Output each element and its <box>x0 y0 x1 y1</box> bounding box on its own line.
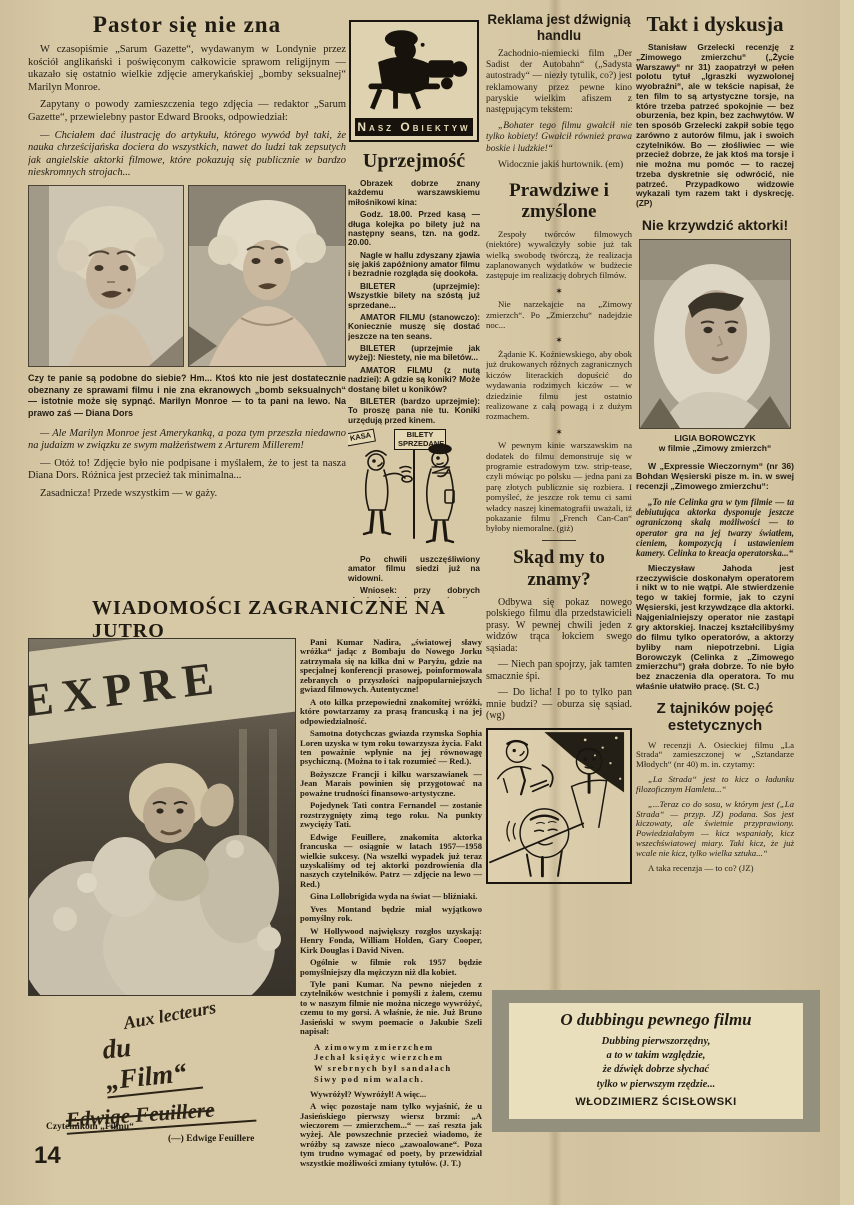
edwige-feuillere-photo: EXPRE <box>28 638 296 996</box>
paragraph: — Chciałem dać ilustrację do artykułu, k… <box>28 130 346 180</box>
paragraph: Stanisław Grzelecki recenzję z „Zimowego… <box>636 43 794 209</box>
article-krzywdzic-body: W „Expressie Wieczornym“ (nr 36) Bohdan … <box>636 462 794 692</box>
handwritten-dedication: Aux lecteurs du „Film“ Edwige Feuillere <box>30 993 294 1129</box>
photo-caption-film: w filmie „Zimowy zmierzch“ <box>659 443 771 453</box>
article-title-takt: Takt i dyskusja <box>636 12 794 37</box>
photo-caption: LIGIA BOROWCZYK w filmie „Zimowy zmierzc… <box>636 433 794 454</box>
epigram-line: tylko w pierwszym rzędzie... <box>519 1078 793 1092</box>
article-title-krzywdzic: Nie krzywdzić aktorki! <box>636 217 794 233</box>
article-body: W czasopiśmie „Sarum Gazette“, wydawanym… <box>28 44 346 180</box>
paragraph: Nagle w hallu zdyszany zjawia się jakiś … <box>348 251 480 279</box>
paragraph: Samotna dotychczas gwiazda rzymska Sophi… <box>300 729 482 767</box>
dubbing-epigram-frame: O dubbingu pewnego filmu Dubbing pierwsz… <box>492 990 820 1132</box>
cinema-cartoon-illustration <box>488 730 626 878</box>
paragraph: Ogólnie w filmie rok 1957 będzie pomyśln… <box>300 958 482 977</box>
diana-dors-photo <box>188 185 346 367</box>
paragraph: Zasadnicza! Przede wszystkim — w gaży. <box>28 488 346 501</box>
epigram-line: a to w takim względzie, <box>519 1049 793 1063</box>
paragraph: Obrazek dobrze znany każdemu warszawskie… <box>348 179 480 207</box>
photo-caption-name: LIGIA BOROWCZYK <box>674 433 755 443</box>
paragraph: W pewnym kinie warszawskim na dodatek do… <box>486 440 632 533</box>
article-title-skad: Skąd my to znamy? <box>486 547 632 591</box>
paragraph: Odbywa się pokaz nowego polskiego filmu … <box>486 597 632 655</box>
dedication-author: (—) Edwige Feuillere <box>168 1134 254 1144</box>
page-number: 14 <box>34 1142 61 1170</box>
paragraph: Zapytany o powody zamieszczenia tego zdj… <box>28 99 346 124</box>
signature-line: du „Film“ <box>101 1025 203 1099</box>
quote-paragraph: „To nie Celinka gra w tym filmie — ta de… <box>636 497 794 559</box>
page-edge <box>840 0 854 1205</box>
article-body: Obrazek dobrze znany każdemu warszawskie… <box>348 179 480 425</box>
article-wiadomosci-body: Pani Kumar Nadira, „światowej sławy wróż… <box>300 638 482 1173</box>
article-tajniki-body: W recenzji A. Osieckiej filmu „La Strada… <box>636 741 794 874</box>
paragraph: BILETER (uprzejmie): Wszystkie bilety na… <box>348 282 480 310</box>
ticket-clerk-cartoon: KASA BILETY SPRZEDANE <box>348 429 480 551</box>
article-title: Pastor się nie zna <box>28 12 346 38</box>
paragraph: — Do licha! I po to tylko pan mnie budzi… <box>486 687 632 722</box>
epigram-line: że dźwięk dobrze słychać <box>519 1063 793 1077</box>
marilyn-monroe-photo <box>28 185 184 367</box>
paragraph: A więc pozostaje nam tylko wyjaśnić, że … <box>300 1102 482 1168</box>
epigram-title: O dubbingu pewnego filmu <box>519 1010 793 1030</box>
paragraph: A oto kilka przepowiedni znakomitej wróż… <box>300 698 482 726</box>
epigram-author: WŁODZIMIERZ ŚCISŁOWSKI <box>519 1096 793 1108</box>
paragraph: Gina Lollobrigida wyda na świat — bliźni… <box>300 892 482 901</box>
paragraph: W „Expressie Wieczornym“ (nr 36) Bohdan … <box>636 462 794 492</box>
paragraph: A taka recenzja — to co? (JZ) <box>636 864 794 874</box>
paragraph: Widocznie jakiś hurtownik. (em) <box>486 160 632 171</box>
paragraph: Godz. 18.00. Przed kasą — długa kolejka … <box>348 210 480 248</box>
paragraph: Pojedynek Tati contra Fernandel — zostan… <box>300 801 482 829</box>
portrait-illustration <box>29 186 183 366</box>
paragraph: BILETER (uprzejmie jak wyżej): Niestety,… <box>348 344 480 363</box>
photo-caption: Czy te panie są podobne do siebie? Hm...… <box>28 373 346 420</box>
paragraph: Wywróżył? Wywróżył! A więc... <box>300 1090 482 1099</box>
article-body-continued: — Ale Marilyn Monroe jest Amerykanką, a … <box>28 428 346 501</box>
column-three: Reklama jest dźwignią handlu Zachodnio-n… <box>486 12 632 994</box>
paragraph: AMATOR FILMU (stanowczo): Koniecznie mus… <box>348 313 480 341</box>
quote-paragraph: „...Teraz co do sosu, w którym jest („La… <box>636 800 794 859</box>
article-title-prawdziwe: Prawdziwe i zmyślone <box>486 181 632 223</box>
paragraph: BILETER (bardzo uprzejmie): To proszę pa… <box>348 397 480 425</box>
paragraph: Nie narzekajcie na „Zimowy zmierzch“. Po… <box>486 299 632 330</box>
article-title: Uprzejmość <box>348 150 480 173</box>
paragraph: — Otóż to! Zdjęcie było nie podpisane i … <box>28 458 346 483</box>
paragraph: Edwige Feuillere, znakomita aktorka fran… <box>300 833 482 890</box>
paragraph: W Hollywood największy rozgłos uzyskają:… <box>300 927 482 955</box>
paragraph: — Niech pan spojrzy, jak tamten smacznie… <box>486 659 632 682</box>
article-conclusion: Po chwili uszczęśliwiony amator filmu si… <box>348 555 480 598</box>
paragraph: Po chwili uszczęśliwiony amator filmu si… <box>348 555 480 583</box>
section-divider <box>542 540 576 541</box>
section-title-wiadomosci: WIADOMOŚCI ZAGRANICZNE NA JUTRO <box>92 597 492 643</box>
magazine-page: Pastor się nie zna W czasopiśmie „Sarum … <box>0 0 854 1205</box>
poem-line: Siwy pod nim walach. <box>314 1074 482 1085</box>
poem-line: A zimowym zmierzchem <box>314 1042 482 1053</box>
woman-in-fur-illustration <box>29 639 295 995</box>
paragraph: Bożyszcze Francji i kilku warszawianek —… <box>300 770 482 798</box>
portrait-illustration <box>189 186 345 366</box>
article-skad-body: Odbywa się pokaz nowego polskiego filmu … <box>486 597 632 722</box>
paragraph: Mieczysław Jahoda jest rzeczywiście dosk… <box>636 564 794 692</box>
article-prawdziwe-body: Zespoły twórców filmowych (niektóre) wyw… <box>486 229 632 534</box>
paragraph: Yves Montand będzie miał wyjątkowo pomyś… <box>300 905 482 924</box>
nasz-obiektyw-banner: Nasz Obiektyw <box>355 118 473 136</box>
column-nasz-obiektyw: Nasz Obiektyw Uprzejmość Obrazek dobrze … <box>348 20 480 598</box>
dedication-caption: Czytelnikom „Filmu“ <box>46 1122 134 1132</box>
article-title-reklama: Reklama jest dźwignią handlu <box>486 12 632 43</box>
quote-paragraph: „La Strada“ jest to kicz o ładunku filoz… <box>636 775 794 795</box>
paragraph: Zespoły twórców filmowych (niektóre) wyw… <box>486 229 632 281</box>
paragraph: Żądanie K. Koźniewskiego, aby obok już d… <box>486 349 632 422</box>
star-separator-icon: ✶ <box>486 286 632 297</box>
sleeping-viewer-cartoon <box>486 728 632 884</box>
photo-row <box>28 185 346 367</box>
paragraph: Pani Kumar Nadira, „światowej sławy wróż… <box>300 638 482 695</box>
ligia-borowczyk-photo <box>639 239 791 429</box>
paragraph: Tyle pani Kumar. Na pewno niejeden z czy… <box>300 980 482 1037</box>
article-takt-body: Stanisław Grzelecki recenzję z „Zimowego… <box>636 43 794 209</box>
nasz-obiektyw-logo: Nasz Obiektyw <box>349 20 479 142</box>
poem-quote: A zimowym zmierzchem Jechał księżyc wier… <box>314 1042 482 1085</box>
dubbing-epigram-box: O dubbingu pewnego filmu Dubbing pierwsz… <box>509 1003 803 1119</box>
poem-line: Jechał księżyc wierzchem <box>314 1052 482 1063</box>
paragraph: Zachodnio-niemiecki film „Der Sadist der… <box>486 49 632 116</box>
article-pastor: Pastor się nie zna W czasopiśmie „Sarum … <box>28 12 346 600</box>
portrait-illustration <box>640 240 790 428</box>
poem-line: W srebrnych był sandałach <box>314 1063 482 1074</box>
star-separator-icon: ✶ <box>486 335 632 346</box>
two-men-cartoon-illustration <box>348 429 480 551</box>
paragraph: — Ale Marilyn Monroe jest Amerykanką, a … <box>28 428 346 453</box>
article-reklama-body: Zachodnio-niemiecki film „Der Sadist der… <box>486 49 632 171</box>
star-separator-icon: ✶ <box>486 427 632 438</box>
paragraph: W recenzji A. Osieckiej filmu „La Strada… <box>636 741 794 771</box>
article-title-tajniki: Z tajników pojęć estetycznych <box>636 700 794 735</box>
column-right: Takt i dyskusja Stanisław Grzelecki rece… <box>636 12 794 990</box>
paragraph: AMATOR FILMU (z nutą nadziei): A gdzie s… <box>348 366 480 394</box>
paragraph: „Bohater tego filmu gwałcił nie tylko ko… <box>486 121 632 155</box>
paragraph: W czasopiśmie „Sarum Gazette“, wydawanym… <box>28 44 346 94</box>
cameraman-cartoon-icon <box>351 22 473 114</box>
epigram-line: Dubbing pierwszorzędny, <box>519 1035 793 1049</box>
